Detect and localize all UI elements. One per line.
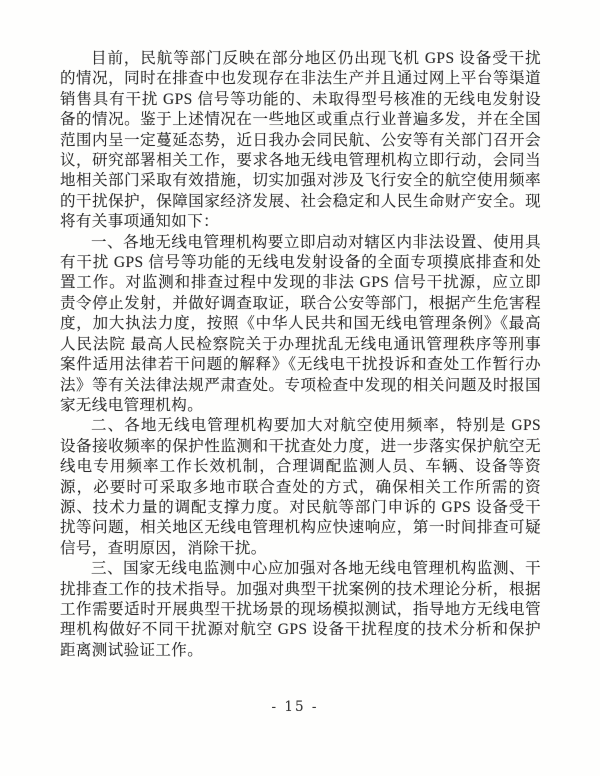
document-page: 目前，民航等部门反映在部分地区仍出现飞机 GPS 设备受干扰的情况，同时在排查中… [0, 0, 600, 776]
paragraph-item-2: 二、各地无线电管理机构要加大对航空使用频率，特别是 GPS 设备接收频率的保护性… [60, 416, 541, 559]
paragraph-item-1: 一、各地无线电管理机构要立即启动对辖区内非法设置、使用具有干扰 GPS 信号等功… [60, 233, 541, 417]
paragraph-intro: 目前，民航等部门反映在部分地区仍出现飞机 GPS 设备受干扰的情况，同时在排查中… [60, 49, 541, 233]
document-body: 目前，民航等部门反映在部分地区仍出现飞机 GPS 设备受干扰的情况，同时在排查中… [60, 49, 541, 661]
paragraph-item-3: 三、国家无线电监测中心应加强对各地无线电管理机构监测、干扰排查工作的技术指导。加… [60, 559, 541, 661]
page-number: - 15 - [0, 699, 590, 715]
